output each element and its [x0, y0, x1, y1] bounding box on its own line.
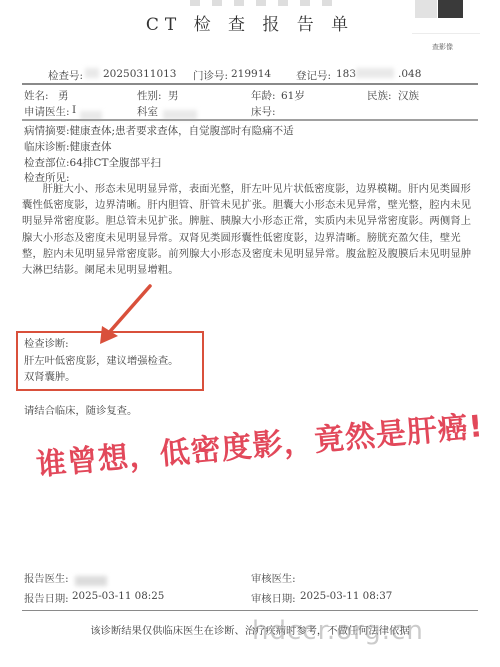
- diagnosis-line-2: 双肾囊肿。: [24, 369, 178, 386]
- redacted-block: [85, 67, 99, 79]
- diagnosis-section: 检查诊断: 肝左叶低密度影，建议增强检查。 双肾囊肿。: [24, 336, 178, 386]
- report-date-value: 2025-03-11 08:25: [72, 590, 164, 602]
- qr-code-icon: [415, 0, 437, 18]
- exam-site-row: 检查部位:64排CT全腹部平扫: [24, 155, 161, 171]
- exam-no-value: 20250311013: [103, 68, 177, 80]
- registration-no-suffix: .048: [398, 68, 421, 80]
- exam-site-label: 检查部位:: [24, 157, 70, 169]
- gender-value: 男: [168, 88, 179, 103]
- review-date-label: 审核日期:: [251, 590, 296, 605]
- disclaimer-text: 该诊断结果仅供临床医生在诊断、治疗疾病时参考，不做任何法律依据: [0, 622, 500, 637]
- outpatient-no-label: 门诊号:: [193, 68, 228, 83]
- name-label: 姓名:: [24, 88, 49, 103]
- redacted-block: [80, 105, 102, 124]
- follow-up-advice: 请结合临床，随诊复查。: [24, 402, 137, 417]
- department-label: 科室: [137, 104, 158, 119]
- exam-site-value: 64排CT全腹部平扫: [70, 157, 161, 169]
- view-images-link[interactable]: 查影像: [432, 42, 453, 52]
- bed-label: 床号:: [251, 104, 276, 119]
- clinical-diagnosis-row: 临床诊断:健康查体: [24, 139, 112, 155]
- outpatient-no-value: 219914: [231, 68, 271, 80]
- divider: [22, 119, 478, 121]
- registration-no-prefix: 183: [336, 68, 356, 80]
- review-doctor-label: 审核医生:: [251, 570, 296, 585]
- divider: [22, 83, 478, 85]
- registration-no-label: 登记号:: [296, 68, 331, 83]
- history-row: 病情摘要:健康查体;患者要求查体，自觉腹部时有隐痛不适: [24, 123, 294, 139]
- divider: [22, 610, 478, 611]
- hospital-name-redacted: [190, 0, 340, 6]
- qr-code-icon-dark: [438, 0, 463, 18]
- report-date-label: 报告日期:: [24, 590, 69, 605]
- gender-label: 性别:: [137, 88, 162, 103]
- history-label: 病情摘要:: [24, 125, 70, 137]
- clinical-diagnosis-value: 健康查体: [70, 141, 112, 153]
- diagnosis-label: 检查诊断:: [24, 336, 178, 353]
- doctor-value: Ⅰ: [72, 104, 76, 116]
- doctor-label: 申请医生:: [24, 104, 70, 119]
- ethnicity-value: 汉族: [398, 88, 419, 103]
- findings-text: 肝脏大小、形态未见明显异常，表面光整，肝左叶见片状低密度影，边界模糊。肝内见类圆…: [22, 181, 478, 278]
- age-value: 61岁: [281, 88, 305, 103]
- signature-redacted: [75, 570, 107, 589]
- divider: [412, 33, 480, 34]
- history-value: 健康查体;患者要求查体，自觉腹部时有隐痛不适: [70, 125, 294, 137]
- ethnicity-label: 民族:: [367, 88, 392, 103]
- age-label: 年龄:: [251, 88, 276, 103]
- diagnosis-line-1: 肝左叶低密度影，建议增强检查。: [24, 353, 178, 370]
- name-value: 勇: [58, 88, 69, 103]
- redacted-block: [356, 67, 394, 79]
- exam-no-label: 检查号:: [48, 68, 83, 83]
- clinical-diagnosis-label: 临床诊断:: [24, 141, 70, 153]
- report-doctor-label: 报告医生:: [24, 570, 69, 585]
- watermark: hdccr.org.cn: [252, 616, 424, 646]
- review-date-value: 2025-03-11 08:37: [300, 590, 392, 602]
